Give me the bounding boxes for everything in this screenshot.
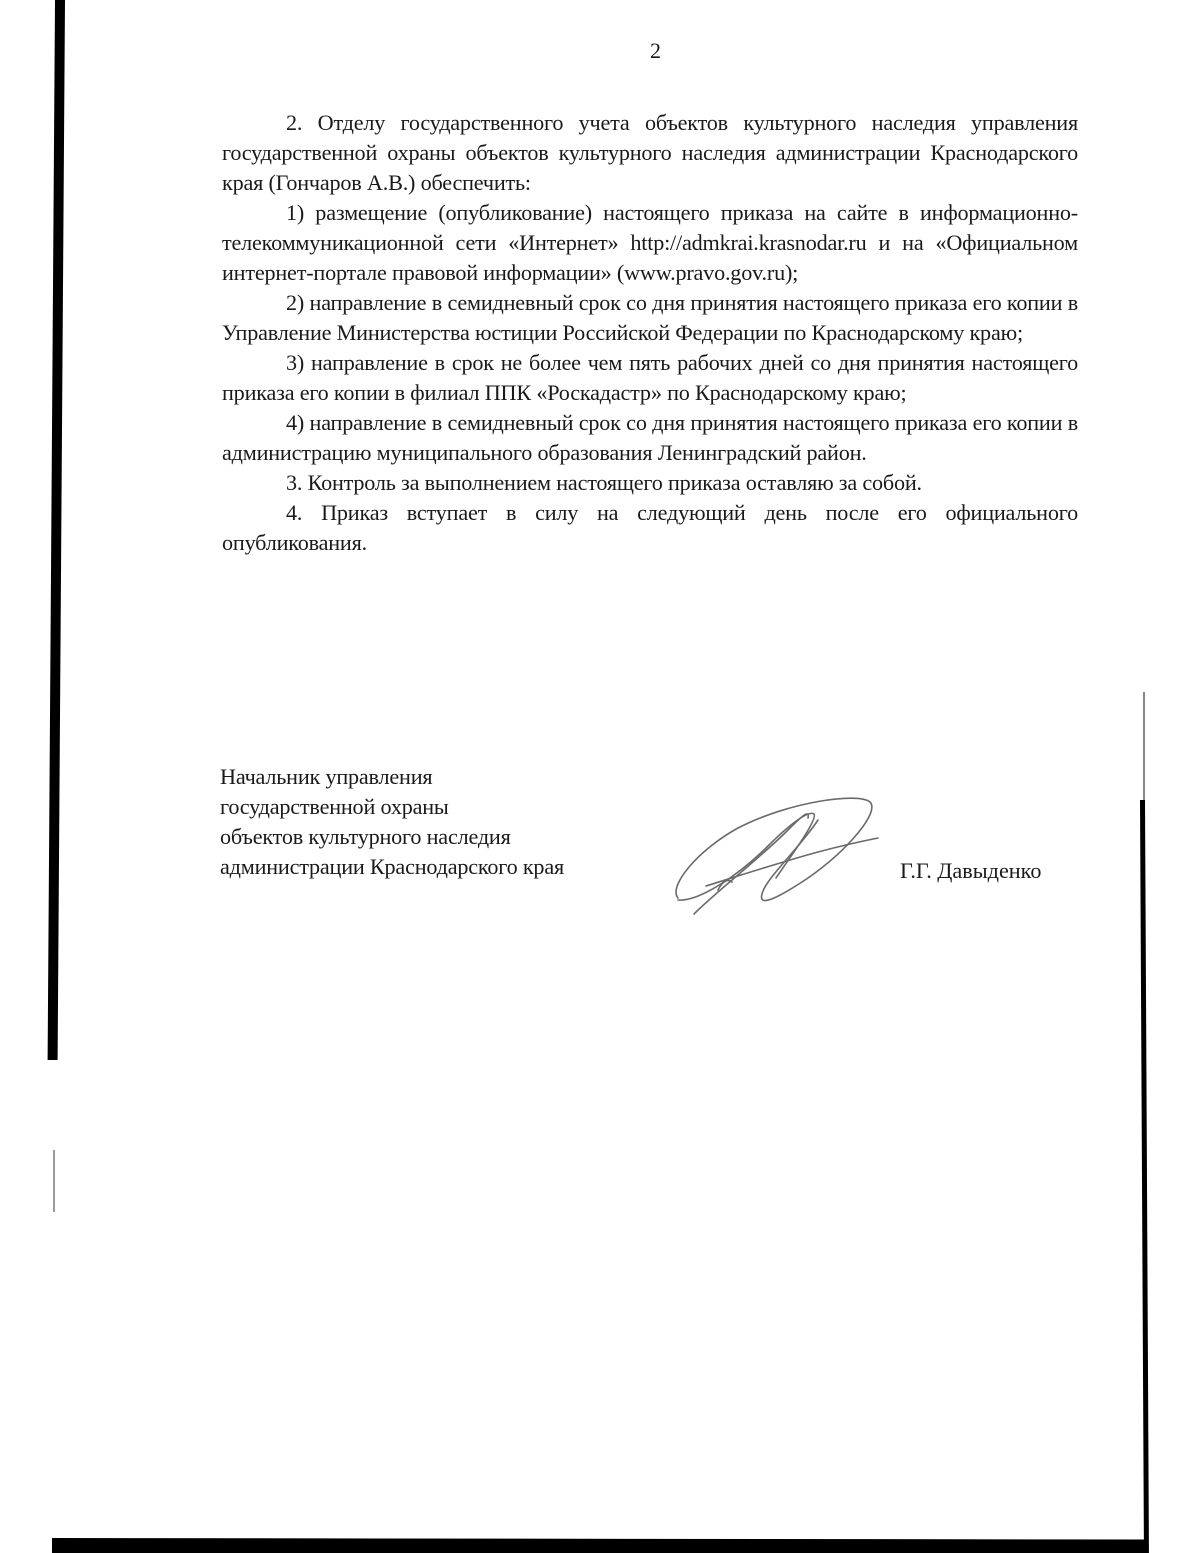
paragraph-subitem-2: 2) направление в семидневный срок со дня… bbox=[222, 288, 1078, 348]
signature-block: Начальник управления государственной охр… bbox=[220, 762, 1080, 882]
paragraph-subitem-4: 4) направление в семидневный срок со дня… bbox=[222, 408, 1078, 468]
signer-position-line: государственной охраны bbox=[220, 792, 1080, 822]
signer-position-line: Начальник управления bbox=[220, 762, 1080, 792]
paragraph-item-4: 4. Приказ вступает в силу на следующий д… bbox=[222, 498, 1078, 558]
document-body: 2. Отделу государственного учета объекто… bbox=[222, 108, 1078, 558]
handwritten-signature-icon bbox=[658, 790, 888, 920]
page-number: 2 bbox=[650, 38, 661, 64]
scan-border-right bbox=[1140, 800, 1149, 1553]
paragraph-subitem-1: 1) размещение (опубликование) настоящего… bbox=[222, 198, 1078, 288]
paragraph-item-3: 3. Контроль за выполнением настоящего пр… bbox=[222, 468, 1078, 498]
paragraph-subitem-3: 3) направление в срок не более чем пять … bbox=[222, 348, 1078, 408]
scan-border-left bbox=[48, 0, 65, 1060]
paragraph-item-2: 2. Отделу государственного учета объекто… bbox=[222, 108, 1078, 198]
scan-border-right-faint bbox=[1143, 692, 1145, 812]
signer-position-line: объектов культурного наследия bbox=[220, 822, 1080, 852]
signer-name: Г.Г. Давыденко bbox=[900, 856, 1041, 886]
scan-border-left-faint bbox=[53, 1150, 55, 1212]
scan-border-bottom bbox=[52, 1538, 1147, 1553]
